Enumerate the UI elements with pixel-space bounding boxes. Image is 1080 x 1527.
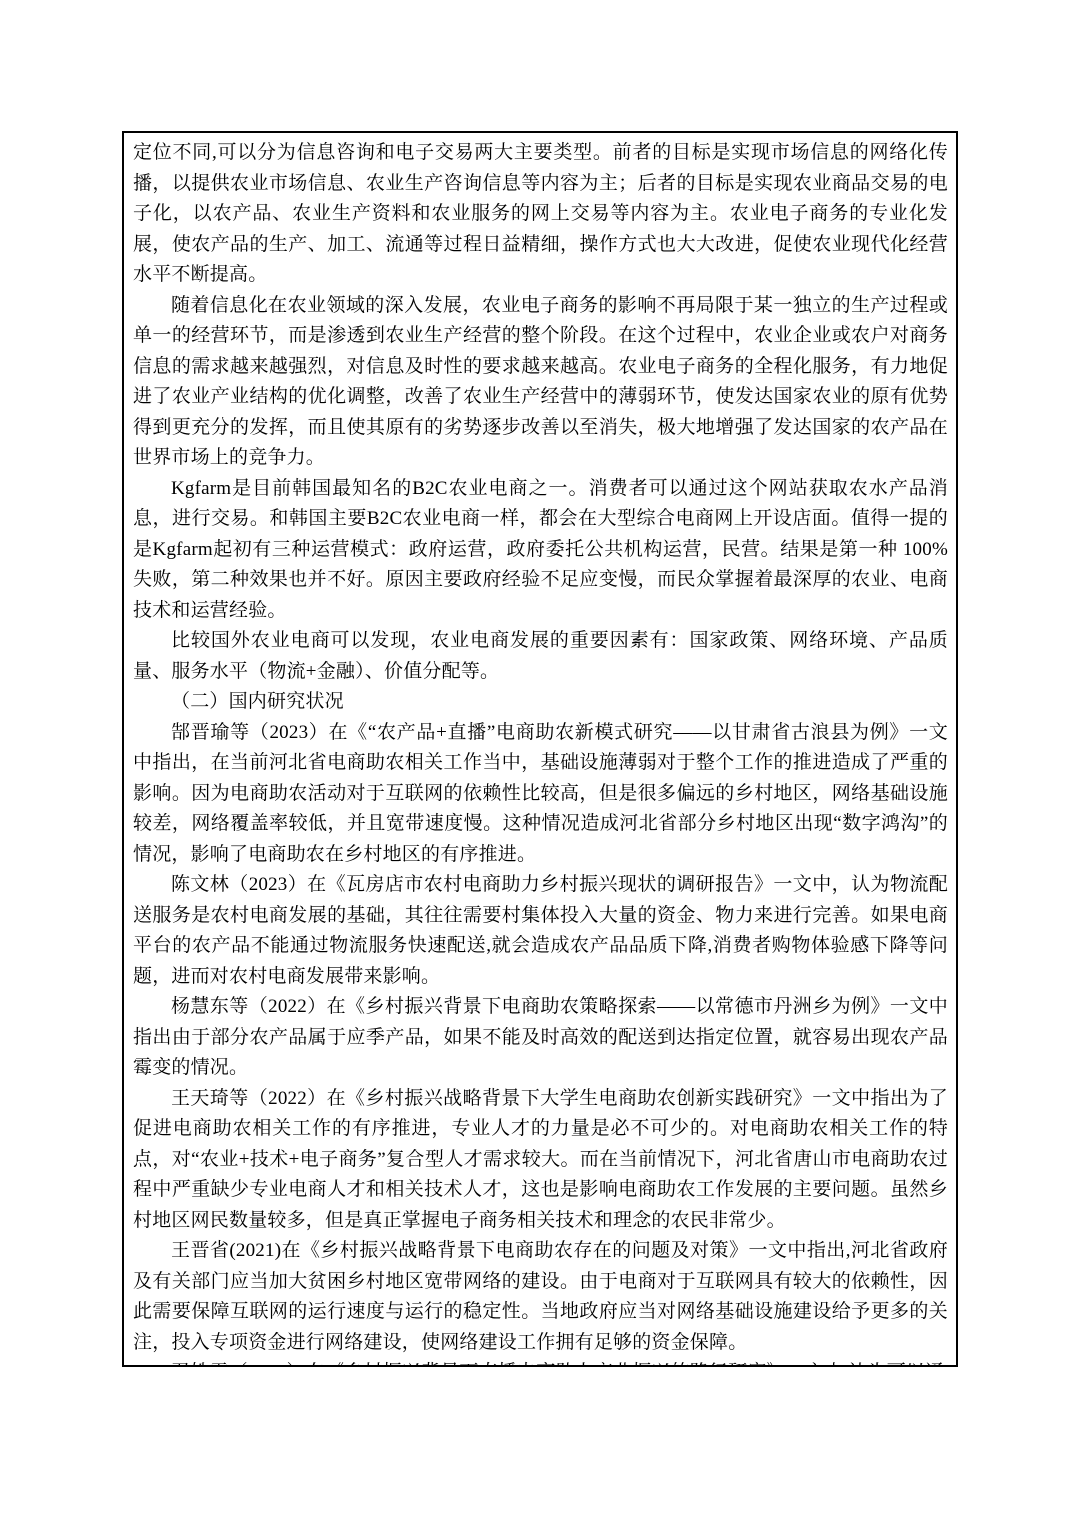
paragraph: Kgfarm是目前韩国最知名的B2C农业电商之一。消费者可以通过这个网站获取农水… bbox=[133, 474, 948, 627]
paragraph: 郜晋瑜等（2023）在《“农产品+直播”电商助农新模式研究——以甘肃省古浪县为例… bbox=[133, 718, 948, 871]
document-page: 定位不同,可以分为信息咨询和电子交易两大主要类型。前者的目标是实现市场信息的网络… bbox=[0, 0, 1080, 1527]
paragraph: 王晋省(2021)在《乡村振兴战略背景下电商助农存在的问题及对策》一文中指出,河… bbox=[133, 1236, 948, 1358]
paragraph: 比较国外农业电商可以发现，农业电商发展的重要因素有：国家政策、网络环境、产品质量… bbox=[133, 626, 948, 687]
section-heading: （二）国内研究状况 bbox=[133, 687, 948, 718]
paragraph: 陈文林（2023）在《瓦房店市农村电商助力乡村振兴现状的调研报告》一文中，认为物… bbox=[133, 870, 948, 992]
document-body: 定位不同,可以分为信息咨询和电子交易两大主要类型。前者的目标是实现市场信息的网络… bbox=[124, 133, 956, 1367]
paragraph: 定位不同,可以分为信息咨询和电子交易两大主要类型。前者的目标是实现市场信息的网络… bbox=[133, 138, 948, 291]
paragraph: 杨慧东等（2022）在《乡村振兴背景下电商助农策略探索——以常德市丹洲乡为例》一… bbox=[133, 992, 948, 1084]
paragraph: 卫姝霖（2022）在《乡村振兴背景下直播电商助力产业振兴的路径研究》一文中,认为… bbox=[133, 1358, 948, 1367]
paragraph: 随着信息化在农业领域的深入发展，农业电子商务的影响不再局限于某一独立的生产过程或… bbox=[133, 291, 948, 474]
document-border-frame: 定位不同,可以分为信息咨询和电子交易两大主要类型。前者的目标是实现市场信息的网络… bbox=[122, 131, 958, 1367]
paragraph: 王天琦等（2022）在《乡村振兴战略背景下大学生电商助农创新实践研究》一文中指出… bbox=[133, 1084, 948, 1237]
